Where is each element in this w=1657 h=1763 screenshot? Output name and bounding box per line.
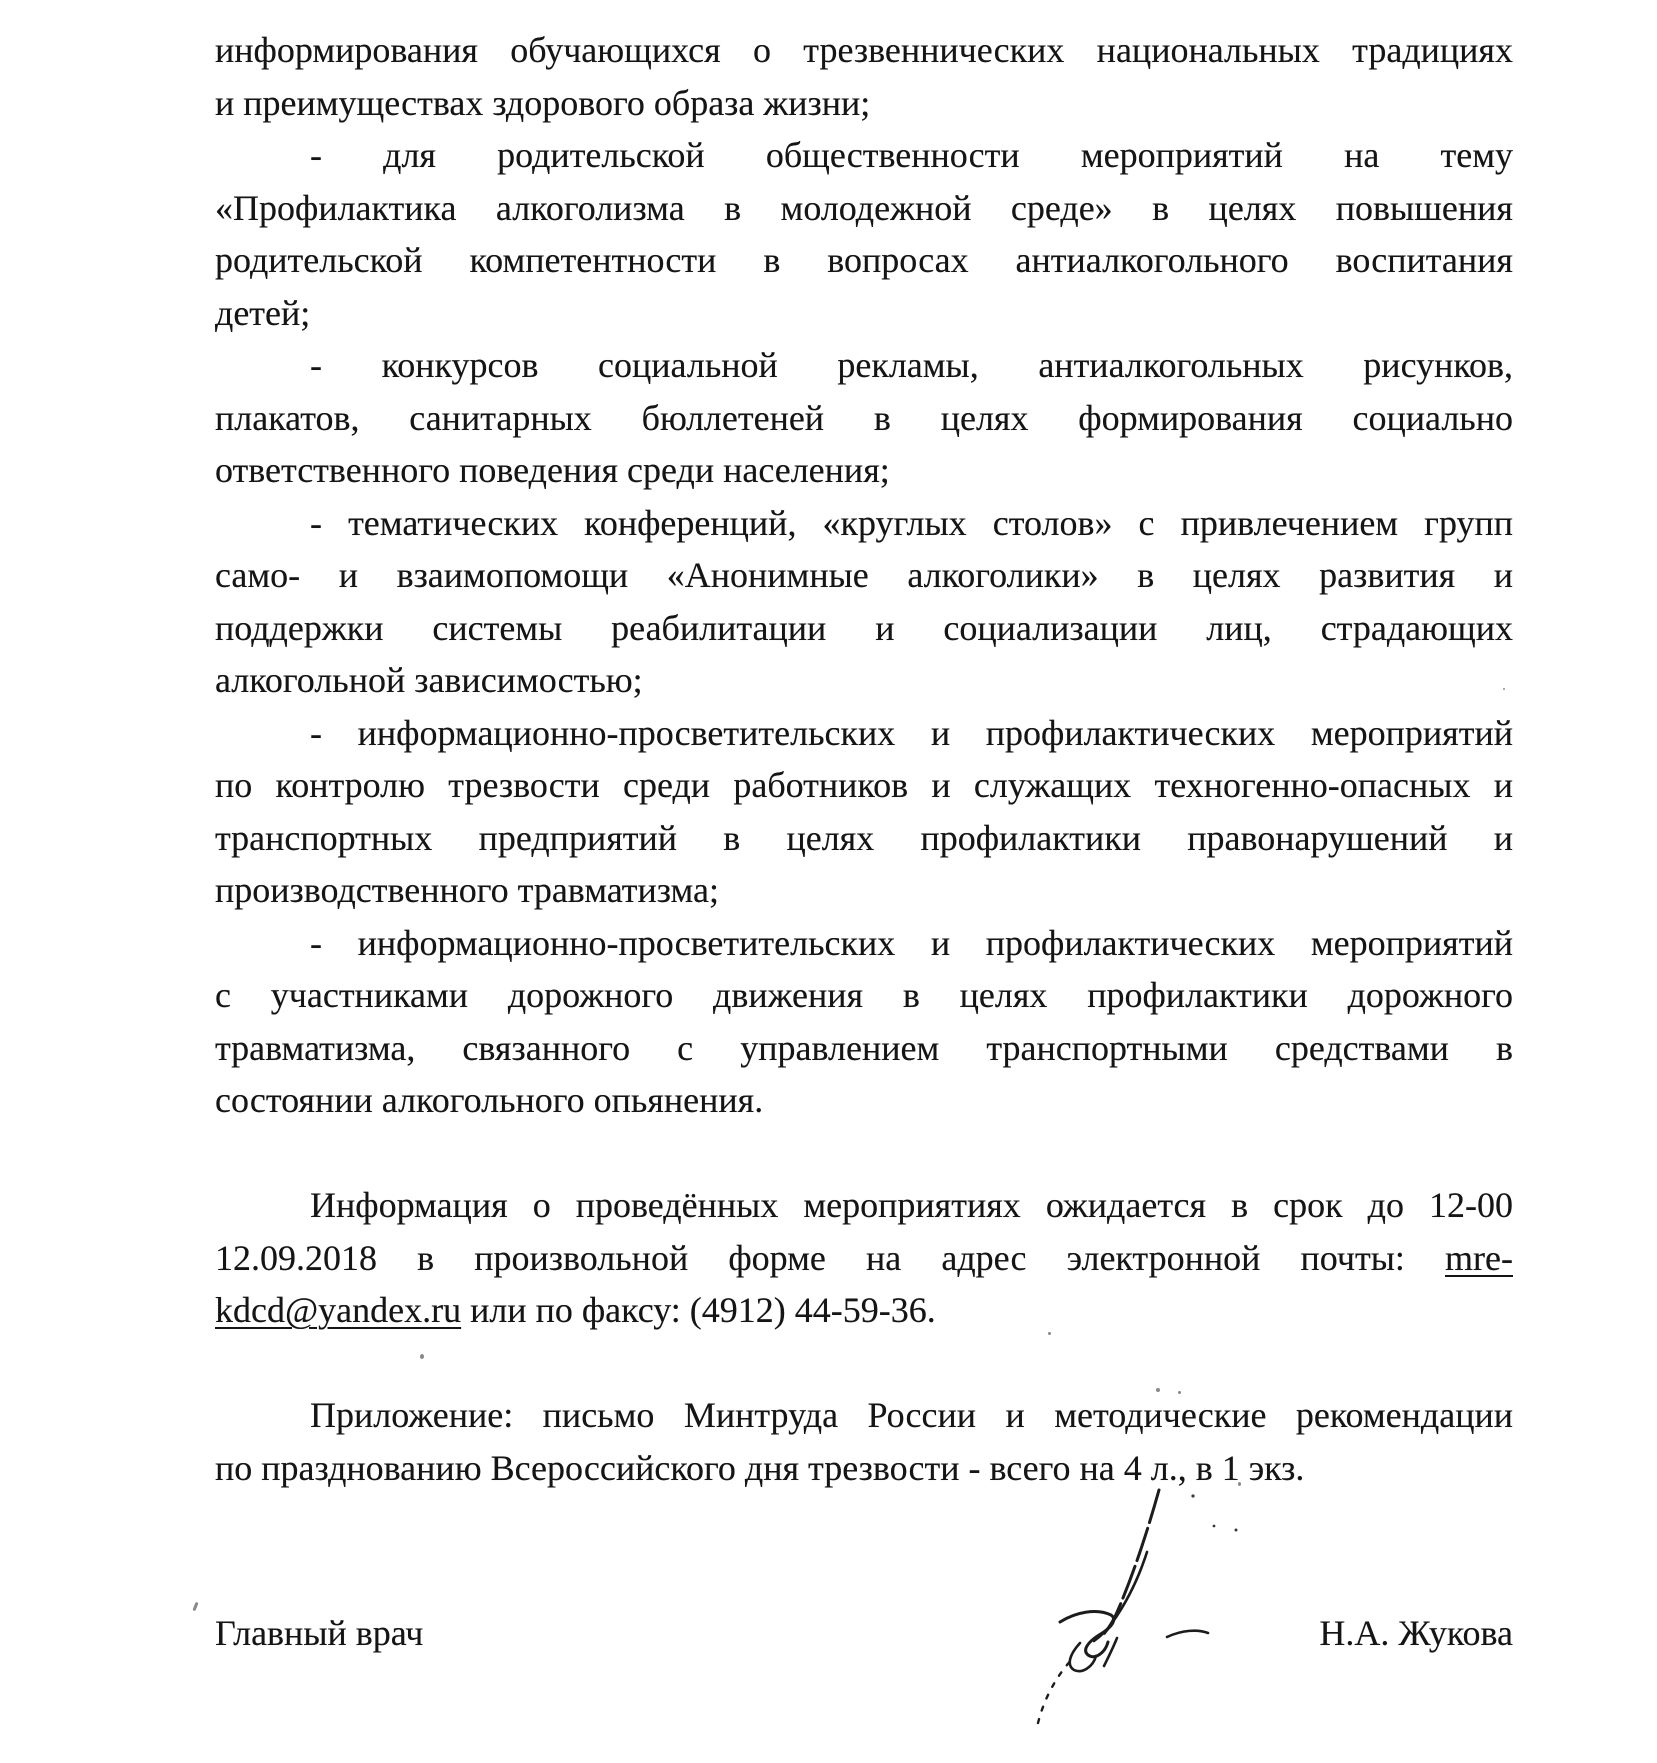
text-line: - информационно-просветительских и профи… [215,707,1513,760]
text-segment: с участниками дорожного движения в целях… [215,975,1513,1015]
paragraph: Информация о проведённых мероприятиях ож… [215,1179,1513,1337]
scan-speck [420,1354,424,1359]
paragraph: - информационно-просветительских и профи… [215,917,1513,1127]
underlined-email-text: mre- [1445,1238,1513,1278]
text-segment: информирования обучающихся о трезвенниче… [215,30,1513,70]
text-segment: 12.09.2018 в произвольной форме на адрес… [215,1238,1445,1278]
paragraph: - информационно-просветительских и профи… [215,707,1513,917]
text-segment: родительской компетентности в вопросах а… [215,240,1513,280]
text-segment: «Профилактика алкоголизма в молодежной с… [215,188,1513,228]
text-segment: плакатов, санитарных бюллетеней в целях … [215,398,1513,438]
text-line: информирования обучающихся о трезвенниче… [215,24,1513,77]
text-line: состоянии алкогольного опьянения. [215,1074,1513,1127]
scan-speck [192,1602,198,1611]
text-line: плакатов, санитарных бюллетеней в целях … [215,392,1513,445]
text-segment: и преимуществах здорового образа жизни; [215,83,870,123]
text-segment: или по факсу: (4912) 44-59-36. [461,1290,936,1330]
paragraph: информирования обучающихся о трезвенниче… [215,24,1513,129]
text-segment: ответственного поведения среди населения… [215,450,890,490]
text-segment: состоянии алкогольного опьянения. [215,1080,763,1120]
text-segment: Информация о проведённых мероприятиях ож… [310,1185,1513,1225]
text-segment: - тематических конференций, «круглых сто… [310,503,1513,543]
signature-scribble [1000,1480,1350,1740]
text-line: производственного травматизма; [215,864,1513,917]
text-line: Информация о проведённых мероприятиях ож… [215,1179,1513,1232]
scan-speck [1503,688,1505,690]
text-line: ответственного поведения среди населения… [215,444,1513,497]
text-line: по контролю трезвости среди работников и… [215,759,1513,812]
text-segment: - информационно-просветительских и профи… [310,713,1513,753]
underlined-email-text: kdcd@yandex.ru [215,1290,461,1330]
text-segment: производственного травматизма; [215,870,719,910]
text-line: алкогольной зависимостью; [215,654,1513,707]
text-segment: - для родительской общественности меропр… [310,135,1513,175]
text-segment: по контролю трезвости среди работников и… [215,765,1513,805]
text-line: Приложение: письмо Минтруда России и мет… [215,1389,1513,1442]
text-line: «Профилактика алкоголизма в молодежной с… [215,182,1513,235]
text-segment: само- и взаимопомощи «Анонимные алкоголи… [215,555,1513,595]
text-segment: Приложение: письмо Минтруда России и мет… [310,1395,1513,1435]
paragraph: - конкурсов социальной рекламы, антиалко… [215,339,1513,497]
document-body: информирования обучающихся о трезвенниче… [215,24,1513,1494]
text-line: 12.09.2018 в произвольной форме на адрес… [215,1232,1513,1285]
scan-speck [1238,1482,1241,1486]
text-segment: - информационно-просветительских и профи… [310,923,1513,963]
scan-speck [1178,1391,1181,1394]
text-line: травматизма, связанного с управлением тр… [215,1022,1513,1075]
text-line: с участниками дорожного движения в целях… [215,969,1513,1022]
text-line: и преимуществах здорового образа жизни; [215,77,1513,130]
position-title: Главный врач [215,1607,423,1660]
text-segment: детей; [215,293,310,333]
paragraph: - для родительской общественности меропр… [215,129,1513,339]
text-line: транспортных предприятий в целях профила… [215,812,1513,865]
text-line: - конкурсов социальной рекламы, антиалко… [215,339,1513,392]
text-segment: травматизма, связанного с управлением тр… [215,1028,1513,1068]
text-line: само- и взаимопомощи «Анонимные алкоголи… [215,549,1513,602]
paragraph: - тематических конференций, «круглых сто… [215,497,1513,707]
text-line: детей; [215,287,1513,340]
text-line: - для родительской общественности меропр… [215,129,1513,182]
text-segment: транспортных предприятий в целях профила… [215,818,1513,858]
text-line: поддержки системы реабилитации и социали… [215,602,1513,655]
text-line: - тематических конференций, «круглых сто… [215,497,1513,550]
text-segment: алкогольной зависимостью; [215,660,643,700]
letter-page: информирования обучающихся о трезвенниче… [0,0,1657,1763]
scan-speck [1156,1388,1160,1392]
paragraph: Приложение: письмо Минтруда России и мет… [215,1389,1513,1494]
text-line: kdcd@yandex.ru или по факсу: (4912) 44-5… [215,1284,1513,1337]
text-line: - информационно-просветительских и профи… [215,917,1513,970]
text-line: родительской компетентности в вопросах а… [215,234,1513,287]
text-segment: - конкурсов социальной рекламы, антиалко… [310,345,1513,385]
text-segment: поддержки системы реабилитации и социали… [215,608,1513,648]
scan-speck [1048,1332,1051,1335]
